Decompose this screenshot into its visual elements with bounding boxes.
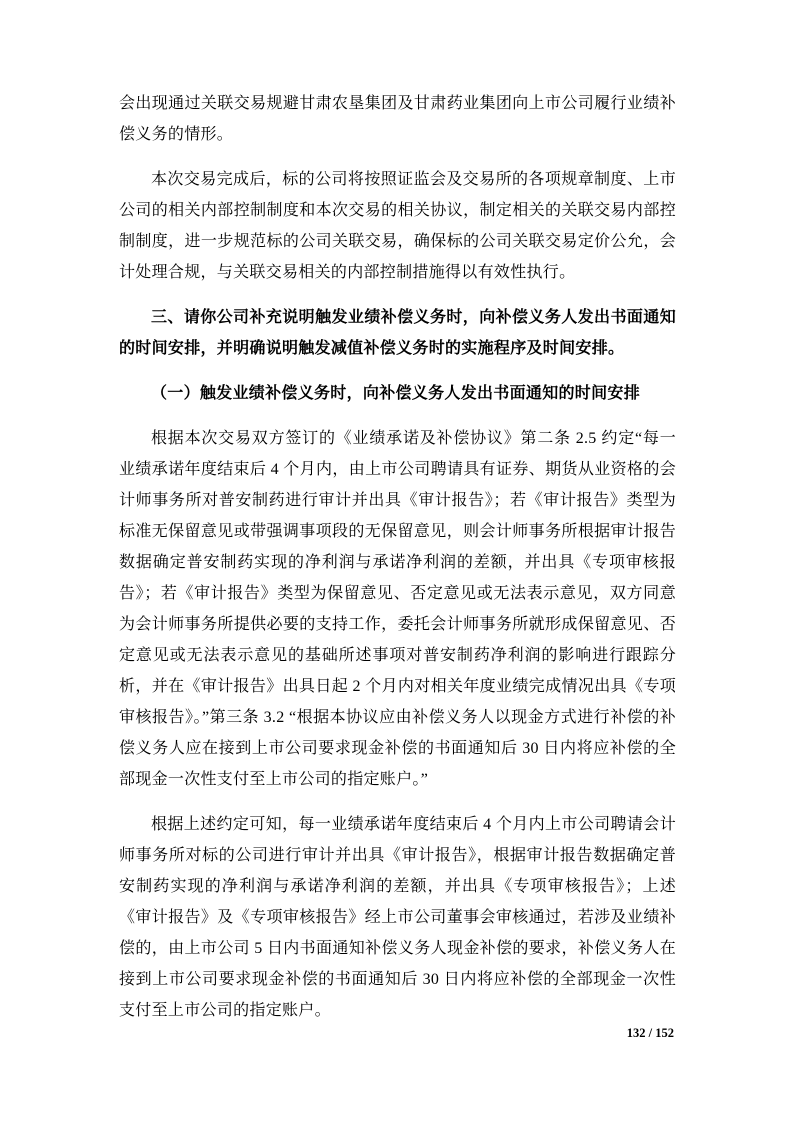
- document-page: 会出现通过关联交易规避甘肃农垦集团及甘肃药业集团向上市公司履行业绩补偿义务的情形…: [0, 0, 793, 1122]
- paragraph-internal-control: 本次交易完成后，标的公司将按照证监会及交易所的各项规章制度、上市公司的相关内部控…: [119, 164, 676, 288]
- section-heading-3: 三、请你公司补充说明触发业绩补偿义务时，向补偿义务人发出书面通知的时间安排，并明…: [119, 302, 676, 364]
- subsection-heading-3-1: （一）触发业绩补偿义务时，向补偿义务人发出书面通知的时间安排: [119, 378, 676, 409]
- page-number: 132 / 152: [627, 1026, 674, 1041]
- paragraph-agreement-terms: 根据本次交易双方签订的《业绩承诺及补偿协议》第二条 2.5 约定“每一业绩承诺年…: [119, 423, 676, 795]
- paragraph-continuation: 会出现通过关联交易规避甘肃农垦集团及甘肃药业集团向上市公司履行业绩补偿义务的情形…: [119, 88, 676, 150]
- document-content: 会出现通过关联交易规避甘肃农垦集团及甘肃药业集团向上市公司履行业绩补偿义务的情形…: [119, 88, 676, 1040]
- paragraph-summary: 根据上述约定可知，每一业绩承诺年度结束后 4 个月内上市公司聘请会计师事务所对标…: [119, 809, 676, 1026]
